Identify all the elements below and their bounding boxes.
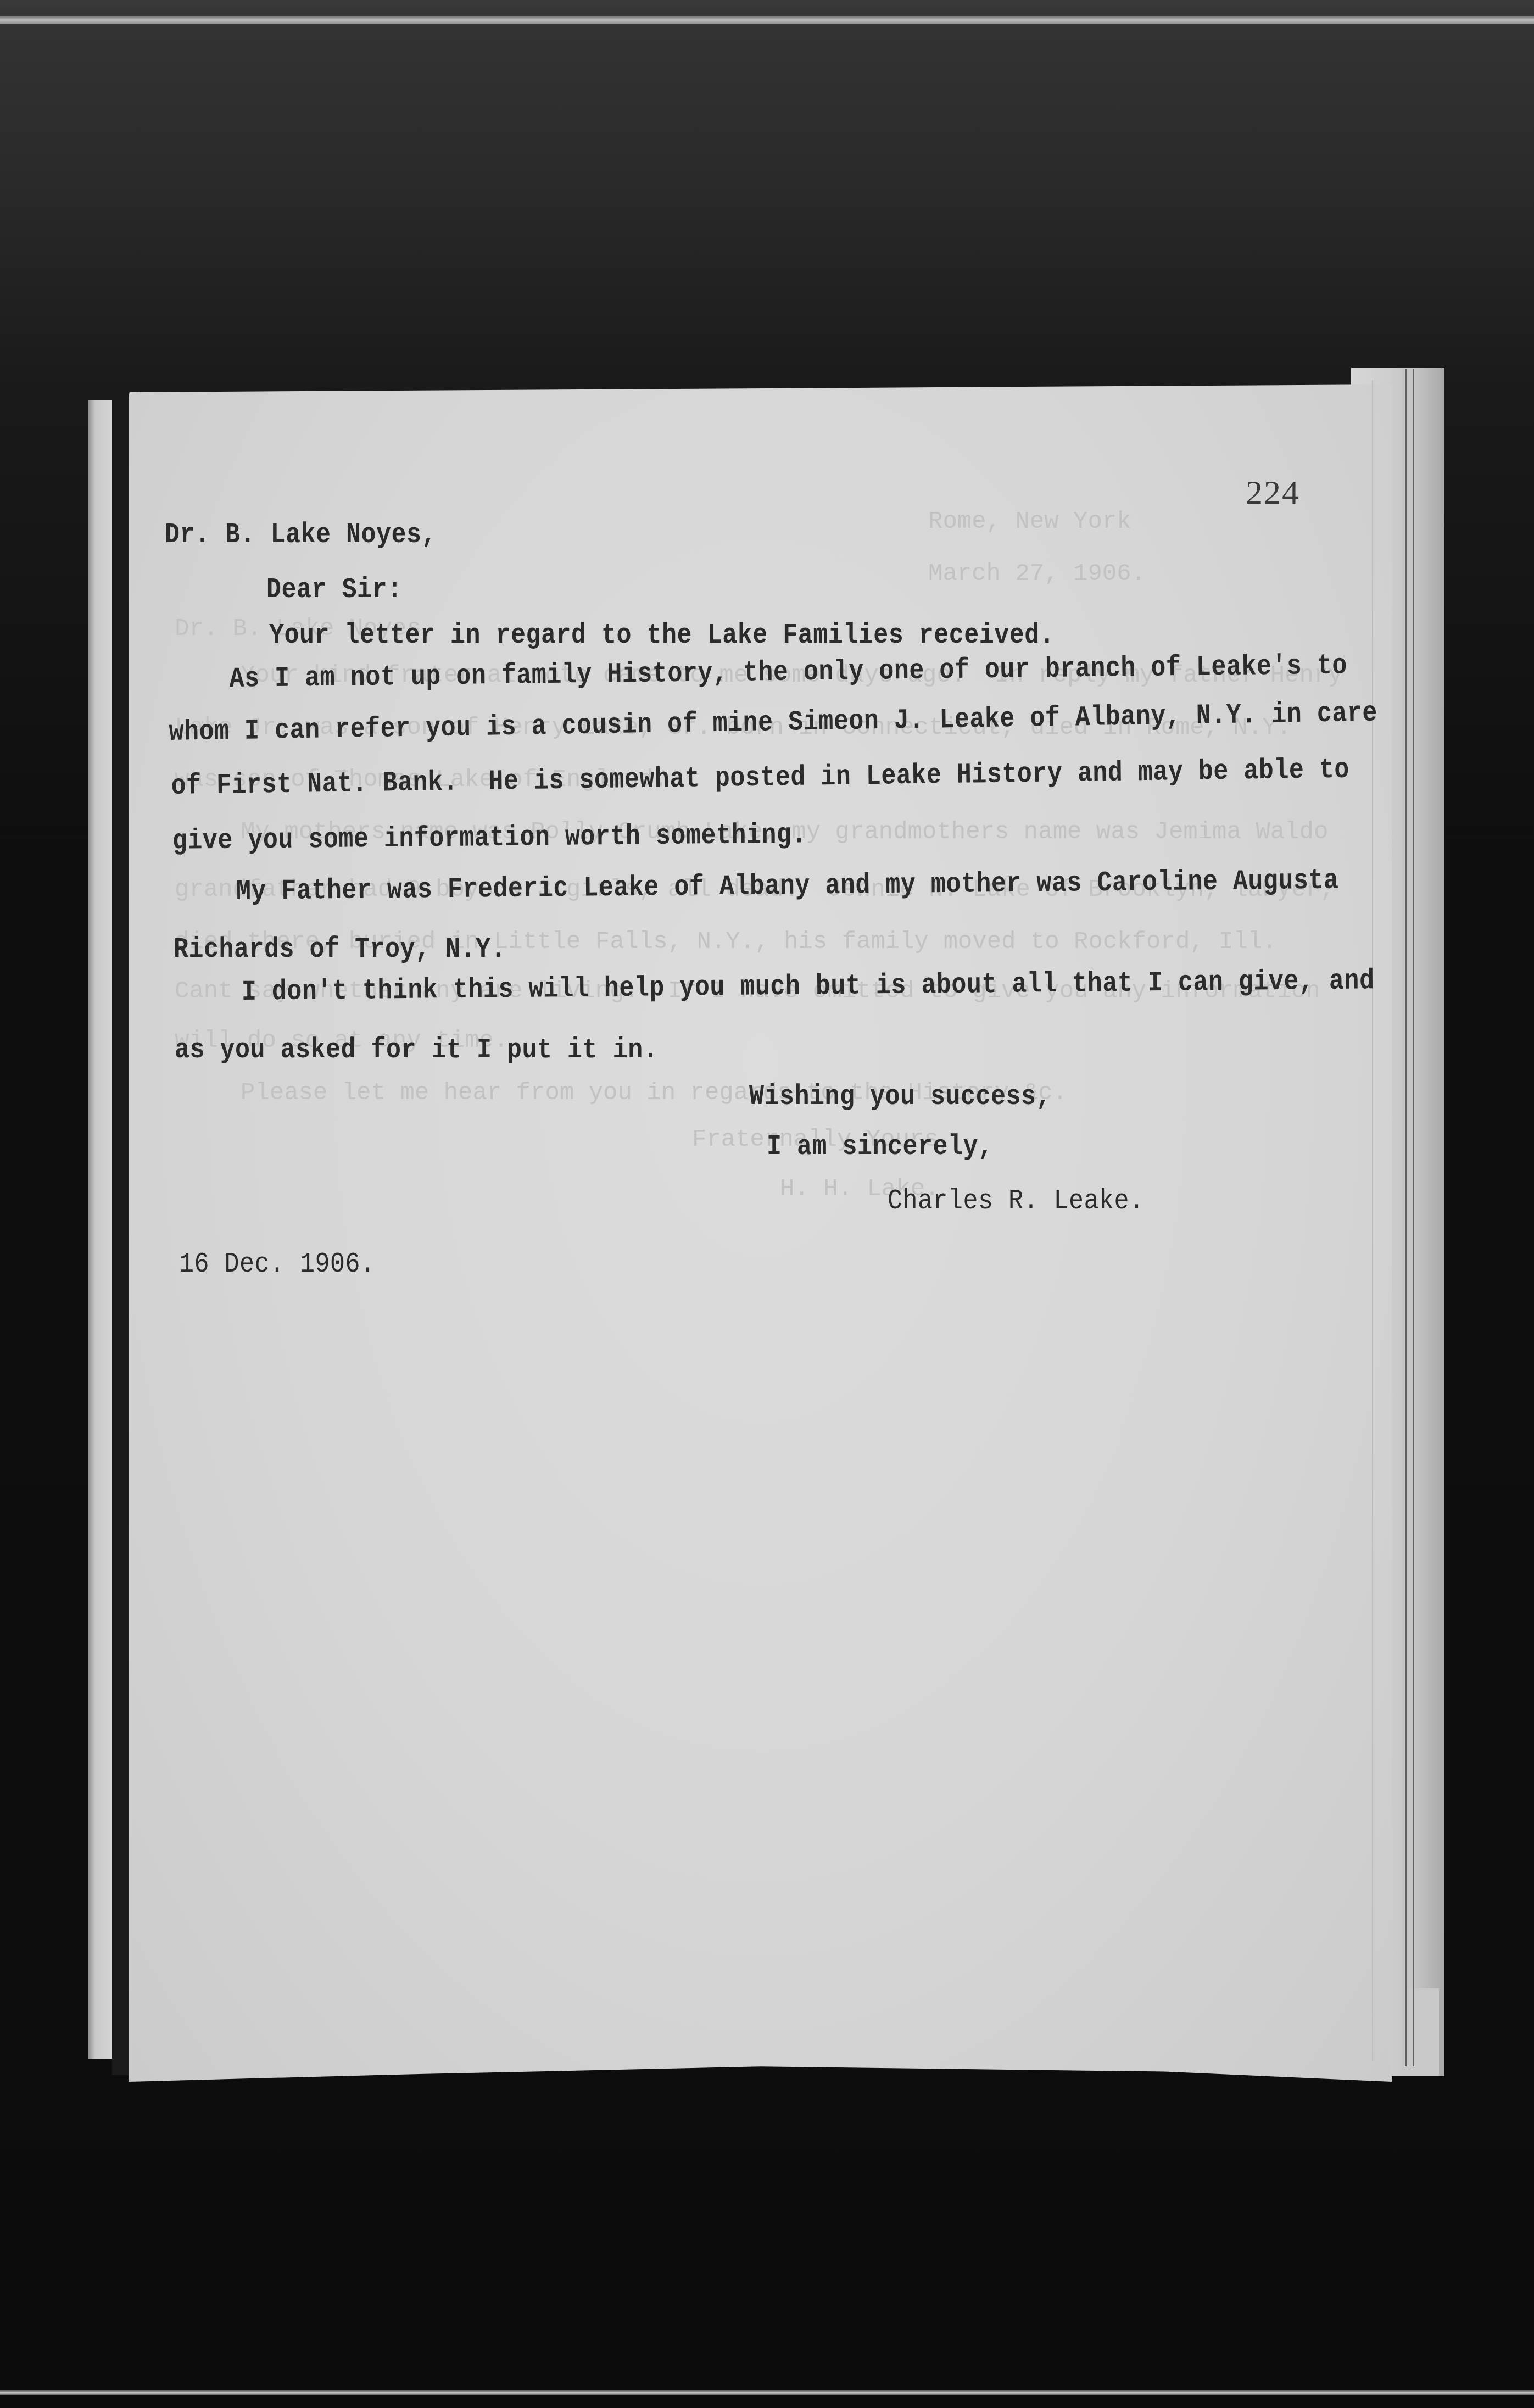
page-number: 224: [1246, 473, 1300, 512]
microfilm-bottom-strip: [0, 2390, 1534, 2395]
bleed-through-date: March 27, 1906.: [928, 560, 1146, 588]
letter-date: 16 Dec. 1906.: [179, 1248, 376, 1280]
closing-line-2: I am sincerely,: [767, 1130, 994, 1163]
body-line: give you some information worth somethin…: [172, 819, 807, 857]
closing-line: Wishing you success,: [749, 1080, 1051, 1113]
body-line: as you asked for it I put it in.: [175, 1034, 658, 1066]
back-page-tab: [1406, 1988, 1439, 2076]
body-line: Your letter in regard to the Lake Famili…: [269, 619, 1055, 651]
page-edge-line: [1405, 369, 1407, 2066]
page-edge-line: [1413, 369, 1414, 2066]
body-line: Richards of Troy, N.Y.: [174, 933, 506, 966]
left-page-strip: [88, 400, 112, 2059]
bleed-through-place: Rome, New York: [928, 508, 1131, 536]
page-gutter: [112, 400, 129, 2075]
salutation: Dear Sir:: [266, 573, 403, 606]
page-inner-edge: [1372, 380, 1373, 2061]
signature: Charles R. Leake.: [888, 1185, 1145, 1217]
recipient-line: Dr. B. Lake Noyes,: [165, 519, 437, 551]
microfilm-top-strip: [0, 16, 1534, 24]
